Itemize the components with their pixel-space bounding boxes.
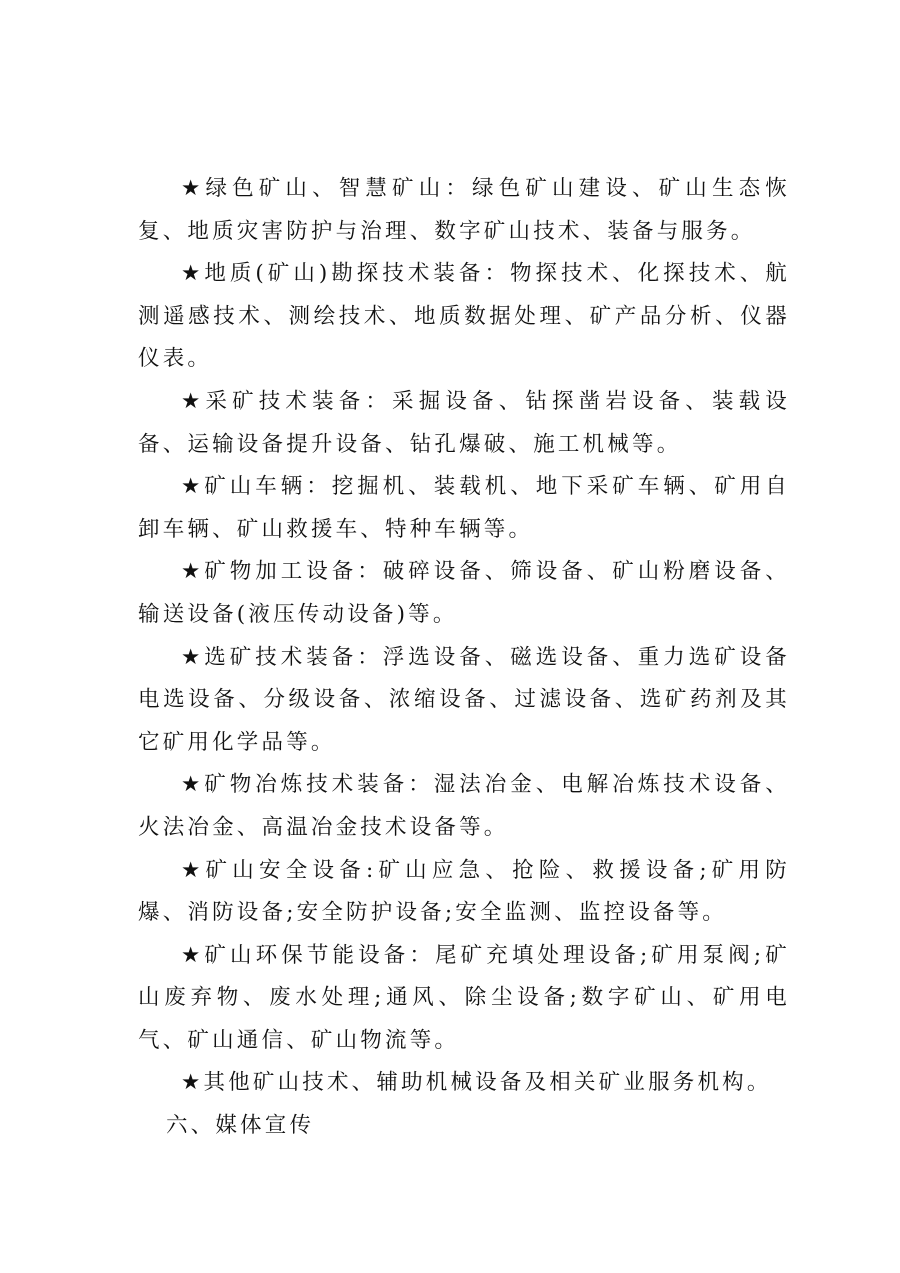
paragraph-text: 矿山环保节能设备：尾矿充填处理设备;矿用泵阀;矿山废弃物、废水处理;通风、除尘设… <box>138 943 790 1053</box>
paragraph-mineral-processing: ★矿物加工设备：破碎设备、筛设备、矿山粉磨设备、输送设备(液压传动设备)等。 <box>138 551 790 636</box>
paragraph-text: 矿山安全设备:矿山应急、抢险、救援设备;矿用防爆、消防设备;安全防护设备;安全监… <box>138 858 790 926</box>
paragraph-mining-equipment: ★采矿技术装备：采掘设备、钻探凿岩设备、装载设备、运输设备提升设备、钻孔爆破、施… <box>138 381 790 466</box>
paragraph-safety-equipment: ★矿山安全设备:矿山应急、抢险、救援设备;矿用防爆、消防设备;安全防护设备;安全… <box>138 850 790 935</box>
star-bullet-icon: ★ <box>181 176 205 201</box>
paragraph-text: 其他矿山技术、辅助机械设备及相关矿业服务机构。 <box>203 1070 771 1095</box>
document-page: ★绿色矿山、智慧矿山：绿色矿山建设、矿山生态恢复、地质灾害防护与治理、数字矿山技… <box>138 168 790 1148</box>
paragraph-other-services: ★其他矿山技术、辅助机械设备及相关矿业服务机构。 <box>138 1062 790 1105</box>
paragraph-text: 选矿技术装备：浮选设备、磁选设备、重力选矿设备电选设备、分级设备、浓缩设备、过滤… <box>138 645 790 755</box>
paragraph-geological-exploration: ★地质(矿山)勘探技术装备：物探技术、化探技术、航测遥感技术、测绘技术、地质数据… <box>138 253 790 381</box>
paragraph-smelting: ★矿物冶炼技术装备：湿法冶金、电解冶炼技术设备、火法冶金、高温冶金技术设备等。 <box>138 764 790 849</box>
paragraph-text: 地质(矿山)勘探技术装备：物探技术、化探技术、航测遥感技术、测绘技术、地质数据处… <box>138 261 790 371</box>
paragraph-text: 矿物加工设备：破碎设备、筛设备、矿山粉磨设备、输送设备(液压传动设备)等。 <box>138 559 790 627</box>
paragraph-mining-vehicles: ★矿山车辆：挖掘机、装载机、地下采矿车辆、矿用自卸车辆、矿山救援车、特种车辆等。 <box>138 466 790 551</box>
paragraph-text: 采矿技术装备：采掘设备、钻探凿岩设备、装载设备、运输设备提升设备、钻孔爆破、施工… <box>138 389 790 457</box>
star-bullet-icon: ★ <box>181 389 205 414</box>
star-bullet-icon: ★ <box>181 559 204 584</box>
paragraph-text: 矿山车辆：挖掘机、装载机、地下采矿车辆、矿用自卸车辆、矿山救援车、特种车辆等。 <box>138 474 790 542</box>
star-bullet-icon: ★ <box>181 943 204 968</box>
star-bullet-icon: ★ <box>181 261 204 286</box>
paragraph-green-mining: ★绿色矿山、智慧矿山：绿色矿山建设、矿山生态恢复、地质灾害防护与治理、数字矿山技… <box>138 168 790 253</box>
star-bullet-icon: ★ <box>181 1070 203 1095</box>
paragraph-text: 矿物冶炼技术装备：湿法冶金、电解冶炼技术设备、火法冶金、高温冶金技术设备等。 <box>138 772 790 840</box>
star-bullet-icon: ★ <box>181 858 206 883</box>
star-bullet-icon: ★ <box>181 474 204 499</box>
star-bullet-icon: ★ <box>181 772 204 797</box>
paragraph-beneficiation: ★选矿技术装备：浮选设备、磁选设备、重力选矿设备电选设备、分级设备、浓缩设备、过… <box>138 637 790 765</box>
star-bullet-icon: ★ <box>181 645 204 670</box>
paragraph-text: 绿色矿山、智慧矿山：绿色矿山建设、矿山生态恢复、地质灾害防护与治理、数字矿山技术… <box>138 176 790 244</box>
paragraph-environmental-equipment: ★矿山环保节能设备：尾矿充填处理设备;矿用泵阀;矿山废弃物、废水处理;通风、除尘… <box>138 935 790 1063</box>
section-heading-media: 六、媒体宣传 <box>138 1105 790 1148</box>
